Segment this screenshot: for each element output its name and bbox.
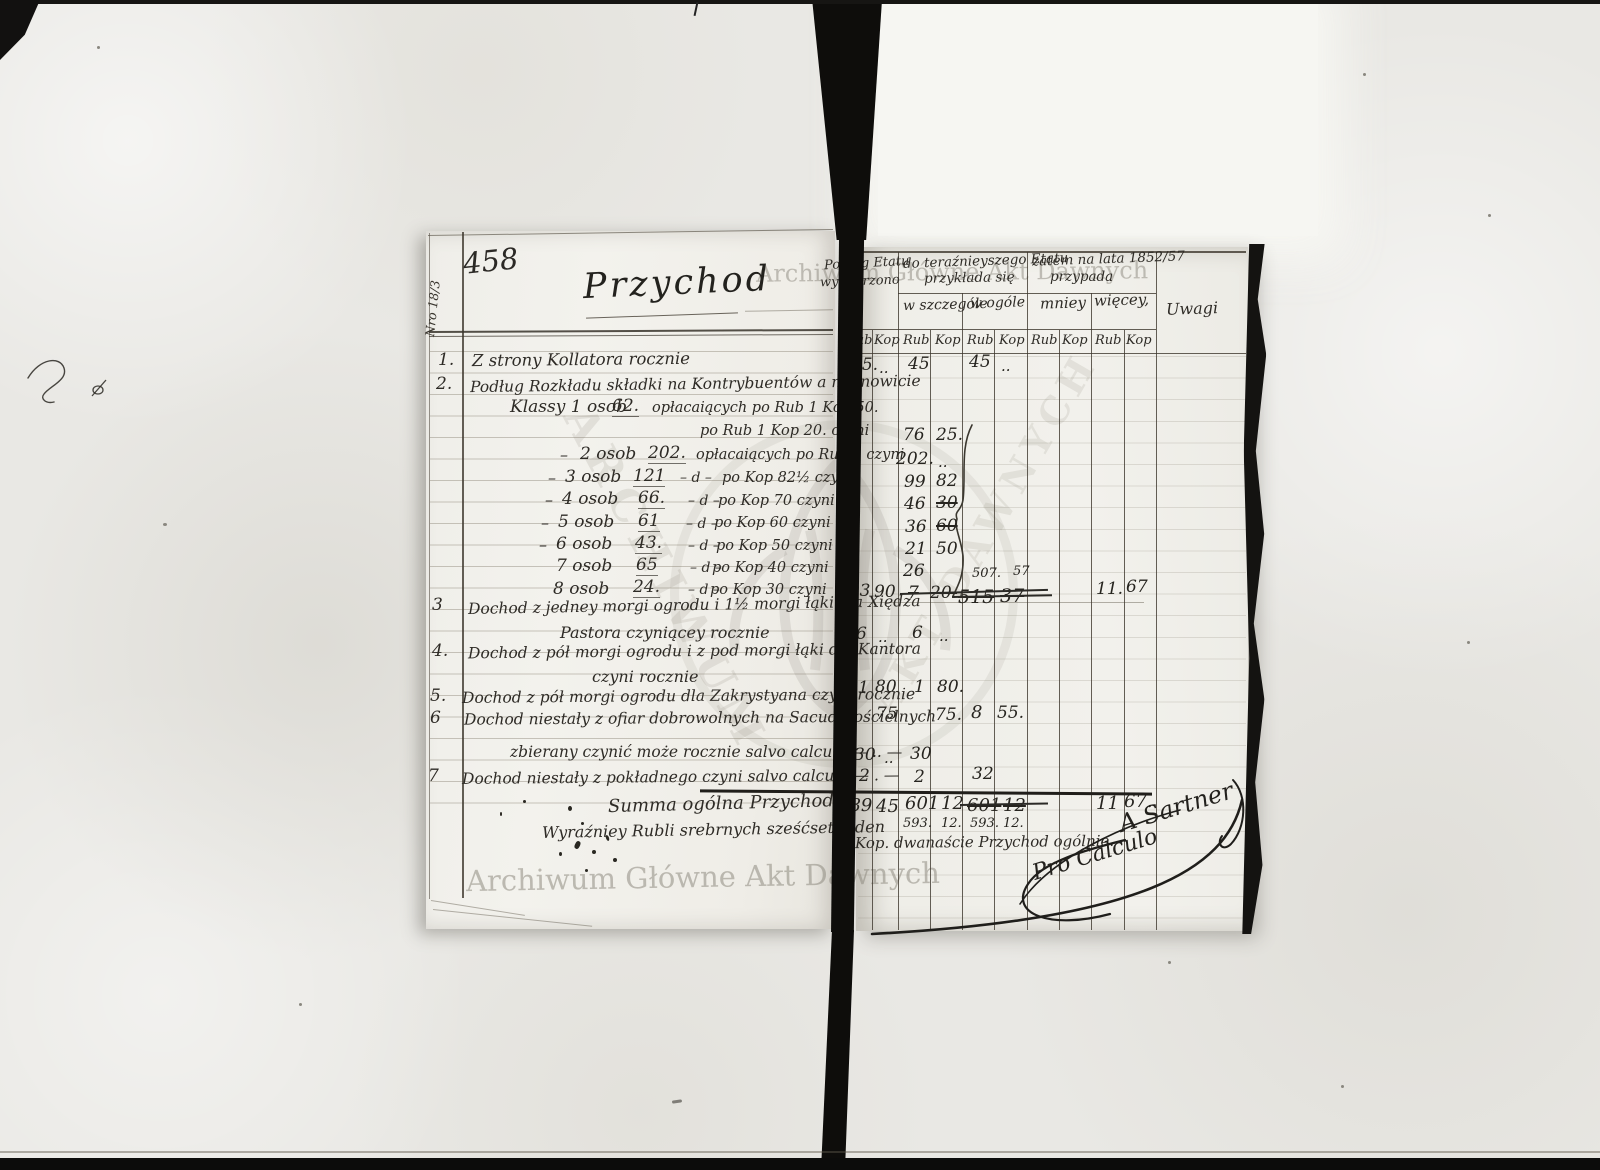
class-row-rate: po Kop 82½ czyni — [722, 471, 853, 486]
kop-label: Kop — [1126, 334, 1152, 347]
uwagi-header: Uwagi — [1166, 300, 1219, 318]
class-row-rate: po Kop 50 czyni — [716, 539, 833, 554]
ink-speck — [613, 858, 617, 862]
frame-bottom-band — [0, 1158, 1600, 1170]
page-title: Przychod — [582, 262, 771, 305]
kop-label: Kop — [874, 334, 900, 347]
dust-speck — [163, 523, 167, 526]
ink-speck — [500, 812, 502, 816]
rub-label: Rub — [1031, 334, 1057, 347]
cell-value: 2 — [859, 768, 870, 785]
cell-value: 1 — [914, 679, 925, 696]
class-row-label: 3 osob — [565, 469, 621, 486]
cell-value-struck: 60 — [936, 518, 958, 535]
class-row-pre: – — [545, 492, 553, 508]
cell-value: 2 — [914, 769, 925, 786]
cell-value: 11. — [1096, 581, 1123, 598]
class-row-count: 61 — [638, 513, 660, 532]
summa-value: 601 — [905, 795, 939, 813]
cell-value: 67 — [1126, 579, 1148, 596]
cell-value: 55. — [997, 705, 1024, 722]
cell-value: 30 — [854, 747, 876, 764]
cell-value-struck: 30 — [936, 495, 958, 512]
cell-value: 50 — [936, 541, 958, 558]
bottom-small-mark — [672, 1099, 682, 1103]
cell-correction: 57 — [1013, 565, 1030, 578]
class-row-pre: – — [539, 537, 547, 553]
row2-number: 2. — [436, 376, 452, 393]
row1-text: Z strony Kollatora rocznie — [472, 351, 690, 370]
dust-speck — [1363, 73, 1366, 76]
dust-speck — [1467, 641, 1470, 644]
cell-value: .. — [938, 455, 948, 470]
kop-label: Kop — [935, 334, 961, 347]
row6-number: 6 — [430, 710, 441, 727]
class-row-label: 8 osob — [553, 581, 609, 598]
cell-value: 25. — [936, 427, 963, 444]
row3-number: 3 — [432, 597, 443, 614]
gutter-band-bottom — [806, 930, 856, 1170]
table-header-line-2 — [843, 329, 1156, 330]
table-header-line-3 — [843, 353, 1246, 354]
cell-value: 99 — [904, 474, 926, 491]
cell-value: 80. — [937, 679, 964, 696]
frame-top-edge — [0, 0, 1600, 4]
class-row-rate: po Kop 60 czyni — [714, 516, 831, 531]
cell-value: 90 — [874, 584, 896, 601]
row7-number: 7 — [428, 768, 439, 785]
rub-label: Rub — [903, 334, 929, 347]
class-row-ditto: – d – — [688, 494, 720, 508]
row4-text-line2: czyni rocznie — [592, 669, 699, 685]
summa-correction: 593. — [903, 817, 932, 830]
cell-value: 1 — [858, 680, 869, 697]
dust-speck — [1341, 1085, 1344, 1088]
summa-correction: 12. — [941, 817, 962, 830]
class-row-count: 62. — [612, 398, 639, 417]
kop-label: Kop — [999, 334, 1025, 347]
dust-speck — [299, 1003, 302, 1006]
class-row-pre: – — [541, 515, 549, 531]
film-bright-area — [878, 0, 1318, 236]
ink-speck — [568, 806, 572, 811]
ink-speck — [585, 869, 588, 872]
signature-name: A Sartner — [1114, 776, 1238, 838]
class-row-label: 6 osob — [556, 536, 612, 553]
class-row-rate: po Kop 40 czyni — [712, 561, 829, 576]
class-row-label: 5 osob — [558, 514, 614, 531]
cell-value: 26 — [903, 563, 925, 580]
cell-value: 8 — [971, 704, 982, 722]
ink-speck — [581, 822, 584, 825]
subheader-mniey: mniey — [1040, 295, 1086, 311]
cell-value: 45 — [969, 354, 991, 371]
cell-value: 46 — [904, 496, 926, 513]
cell-correction: 507. — [972, 567, 1001, 580]
cell-value: 75. — [935, 707, 962, 724]
row1-number: 1. — [438, 352, 454, 369]
class-row-count: 66. — [638, 490, 665, 509]
dust-speck — [1488, 214, 1491, 217]
row6-text-line1: Dochod niestały z ofiar dobrowolnych na … — [464, 709, 936, 728]
table-vline — [898, 252, 899, 930]
row3-text-line2: Pastora czyniącey rocznie — [560, 625, 770, 641]
class-row-label: Klassy 1 osob — [510, 399, 627, 416]
cell-value: .. — [878, 630, 888, 645]
cell-value: 75 — [876, 706, 898, 723]
cell-value: 80 — [875, 679, 897, 696]
class-row-count: 202. — [648, 445, 686, 464]
photographed-ledger-scan: Archiwum Główne Akt Dawnych Archiwum Głó… — [0, 0, 1600, 1170]
dust-speck — [1168, 961, 1171, 964]
cell-value: 202. — [896, 451, 934, 468]
kop-label: Kop — [1062, 334, 1088, 347]
subheader-wiecey: więcey, — [1094, 292, 1149, 308]
cell-value: 6 — [912, 625, 923, 642]
rub-label: Rub — [1095, 334, 1121, 347]
gutter-band-top — [810, 0, 882, 240]
cell-value: .. — [879, 361, 889, 376]
cell-value: 76 — [903, 427, 925, 444]
class-row-count: 24. — [633, 579, 660, 598]
class-row-label: 4 osob — [562, 491, 618, 508]
frame-bottom-line — [0, 1151, 1600, 1153]
signature-pro-calculo: Pro Calculo — [1028, 824, 1160, 886]
class-row-rate: opłacaiących po Rub 1 czyni — [696, 448, 904, 463]
class-row-label: 2 osob — [580, 446, 636, 463]
cell-value: 36 — [905, 519, 927, 536]
class-row-count: 121 — [633, 468, 665, 487]
folio-number: 458 — [462, 244, 520, 279]
cell-value: 30 — [910, 746, 932, 763]
class-row-count: 65 — [636, 557, 658, 576]
row4-number: 4. — [432, 643, 448, 660]
col2-header-line2: przykłada się — [924, 271, 1015, 286]
ink-speck — [523, 800, 526, 803]
cell-value: 21 — [905, 541, 927, 558]
class-row-label: 7 osob — [556, 558, 612, 575]
class-row-rate: po Kop 70 czyni — [718, 494, 835, 509]
top-edge-tick-mark — [694, 2, 699, 16]
ink-speck — [592, 850, 596, 854]
class-row-ditto: – d – — [680, 471, 712, 485]
corner-black-top-left — [0, 0, 40, 60]
col3-header-line2: przypada — [1050, 271, 1113, 285]
cell-value: .. — [1001, 359, 1011, 374]
dust-speck — [97, 46, 100, 49]
ink-speck — [559, 852, 562, 856]
subheader-ogole: w ogóle — [970, 295, 1025, 310]
cell-value: .. — [884, 751, 894, 766]
row5-number: 5. — [430, 688, 446, 705]
rub-label: Rub — [967, 334, 993, 347]
cell-value: 82 — [936, 473, 958, 490]
class-row-pre: – — [560, 447, 568, 463]
cell-value: 45 — [908, 356, 930, 373]
class-row-count: 43. — [635, 535, 662, 554]
cell-value: .. — [939, 629, 949, 644]
pen-squiggle-mark — [20, 350, 120, 410]
summa-value: 45 — [876, 798, 899, 816]
class-row-pre: – — [548, 470, 556, 486]
